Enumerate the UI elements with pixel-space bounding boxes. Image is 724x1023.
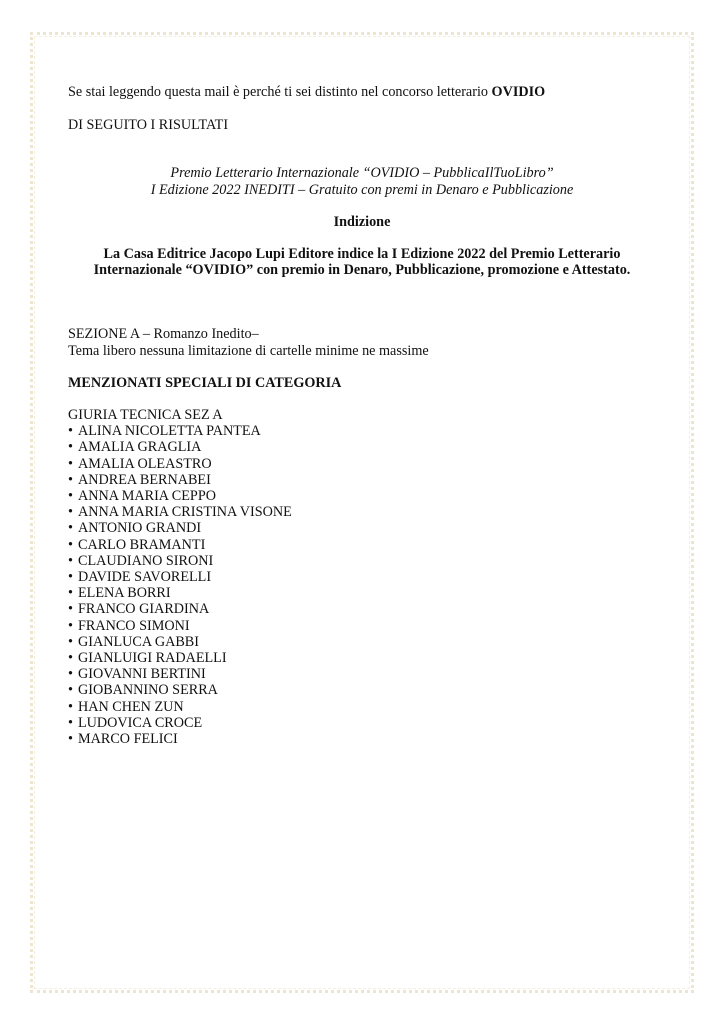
intro-text: Se stai leggendo questa mail è perché ti… xyxy=(68,84,492,100)
list-item: •GIOVANNI BERTINI xyxy=(68,666,658,682)
list-item: •ANTONIO GRANDI xyxy=(68,520,658,536)
bullet-icon: • xyxy=(68,537,78,553)
list-item: •AMALIA GRAGLIA xyxy=(68,439,658,455)
mention-name: ANTONIO GRANDI xyxy=(78,520,201,536)
mention-name: GIOBANNINO SERRA xyxy=(78,682,218,698)
mention-name: CARLO BRAMANTI xyxy=(78,537,205,553)
bullet-icon: • xyxy=(68,456,78,472)
results-heading: DI SEGUITO I RISULTATI xyxy=(68,117,658,133)
bullet-icon: • xyxy=(68,472,78,488)
section-description: Tema libero nessuna limitazione di carte… xyxy=(68,343,658,359)
announcement-line-1: La Casa Editrice Jacopo Lupi Editore ind… xyxy=(68,246,656,262)
intro-paragraph: Se stai leggendo questa mail è perché ti… xyxy=(68,84,658,100)
bullet-icon: • xyxy=(68,423,78,439)
section-title: SEZIONE A – Romanzo Inedito– xyxy=(68,326,658,342)
list-item: •DAVIDE SAVORELLI xyxy=(68,569,658,585)
bullet-icon: • xyxy=(68,699,78,715)
bullet-icon: • xyxy=(68,715,78,731)
list-item: •ALINA NICOLETTA PANTEA xyxy=(68,423,658,439)
prize-title-line-1: Premio Letterario Internazionale “OVIDIO… xyxy=(68,165,656,181)
list-item: •ANDREA BERNABEI xyxy=(68,472,658,488)
indizione-heading: Indizione xyxy=(68,214,656,230)
bullet-icon: • xyxy=(68,731,78,747)
intro-contest-name: OVIDIO xyxy=(492,84,546,100)
mention-name: DAVIDE SAVORELLI xyxy=(78,569,211,585)
document-body: Se stai leggendo questa mail è perché ti… xyxy=(68,84,658,747)
list-item: •ANNA MARIA CRISTINA VISONE xyxy=(68,504,658,520)
bullet-icon: • xyxy=(68,439,78,455)
list-item: •CARLO BRAMANTI xyxy=(68,537,658,553)
mention-name: GIANLUCA GABBI xyxy=(78,634,199,650)
prize-title: Premio Letterario Internazionale “OVIDIO… xyxy=(68,165,656,197)
mention-name: HAN CHEN ZUN xyxy=(78,699,184,715)
list-item: •AMALIA OLEASTRO xyxy=(68,456,658,472)
bullet-icon: • xyxy=(68,520,78,536)
names-list: •ALINA NICOLETTA PANTEA•AMALIA GRAGLIA•A… xyxy=(68,423,658,747)
list-item: •GIANLUCA GABBI xyxy=(68,634,658,650)
list-item: •FRANCO SIMONI xyxy=(68,618,658,634)
mention-name: GIOVANNI BERTINI xyxy=(78,666,206,682)
bullet-icon: • xyxy=(68,650,78,666)
bullet-icon: • xyxy=(68,569,78,585)
announcement-line-2: Internazionale “OVIDIO” con premio in De… xyxy=(68,262,656,278)
bullet-icon: • xyxy=(68,488,78,504)
list-item: •MARCO FELICI xyxy=(68,731,658,747)
list-item: •LUDOVICA CROCE xyxy=(68,715,658,731)
list-item: •GIANLUIGI RADAELLI xyxy=(68,650,658,666)
list-item: •GIOBANNINO SERRA xyxy=(68,682,658,698)
jury-block: GIURIA TECNICA SEZ A •ALINA NICOLETTA PA… xyxy=(68,407,658,747)
list-item: •FRANCO GIARDINA xyxy=(68,601,658,617)
mention-name: FRANCO SIMONI xyxy=(78,618,190,634)
mention-name: ALINA NICOLETTA PANTEA xyxy=(78,423,261,439)
mention-name: ANNA MARIA CRISTINA VISONE xyxy=(78,504,292,520)
mention-name: CLAUDIANO SIRONI xyxy=(78,553,213,569)
mention-name: FRANCO GIARDINA xyxy=(78,601,209,617)
bullet-icon: • xyxy=(68,504,78,520)
announcement: La Casa Editrice Jacopo Lupi Editore ind… xyxy=(68,246,656,278)
list-item: •ELENA BORRI xyxy=(68,585,658,601)
list-item: •ANNA MARIA CEPPO xyxy=(68,488,658,504)
mention-name: AMALIA OLEASTRO xyxy=(78,456,212,472)
bullet-icon: • xyxy=(68,553,78,569)
mention-name: ELENA BORRI xyxy=(78,585,171,601)
prize-title-line-2: I Edizione 2022 INEDITI – Gratuito con p… xyxy=(68,182,656,198)
category-heading: MENZIONATI SPECIALI DI CATEGORIA xyxy=(68,375,658,391)
mention-name: LUDOVICA CROCE xyxy=(78,715,202,731)
section-a: SEZIONE A – Romanzo Inedito– Tema libero… xyxy=(68,326,658,358)
jury-title: GIURIA TECNICA SEZ A xyxy=(68,407,658,423)
bullet-icon: • xyxy=(68,601,78,617)
mention-name: ANNA MARIA CEPPO xyxy=(78,488,216,504)
mention-name: ANDREA BERNABEI xyxy=(78,472,211,488)
bullet-icon: • xyxy=(68,666,78,682)
mention-name: AMALIA GRAGLIA xyxy=(78,439,201,455)
bullet-icon: • xyxy=(68,634,78,650)
mention-name: MARCO FELICI xyxy=(78,731,178,747)
list-item: •HAN CHEN ZUN xyxy=(68,699,658,715)
bullet-icon: • xyxy=(68,682,78,698)
mention-name: GIANLUIGI RADAELLI xyxy=(78,650,227,666)
list-item: •CLAUDIANO SIRONI xyxy=(68,553,658,569)
bullet-icon: • xyxy=(68,585,78,601)
bullet-icon: • xyxy=(68,618,78,634)
